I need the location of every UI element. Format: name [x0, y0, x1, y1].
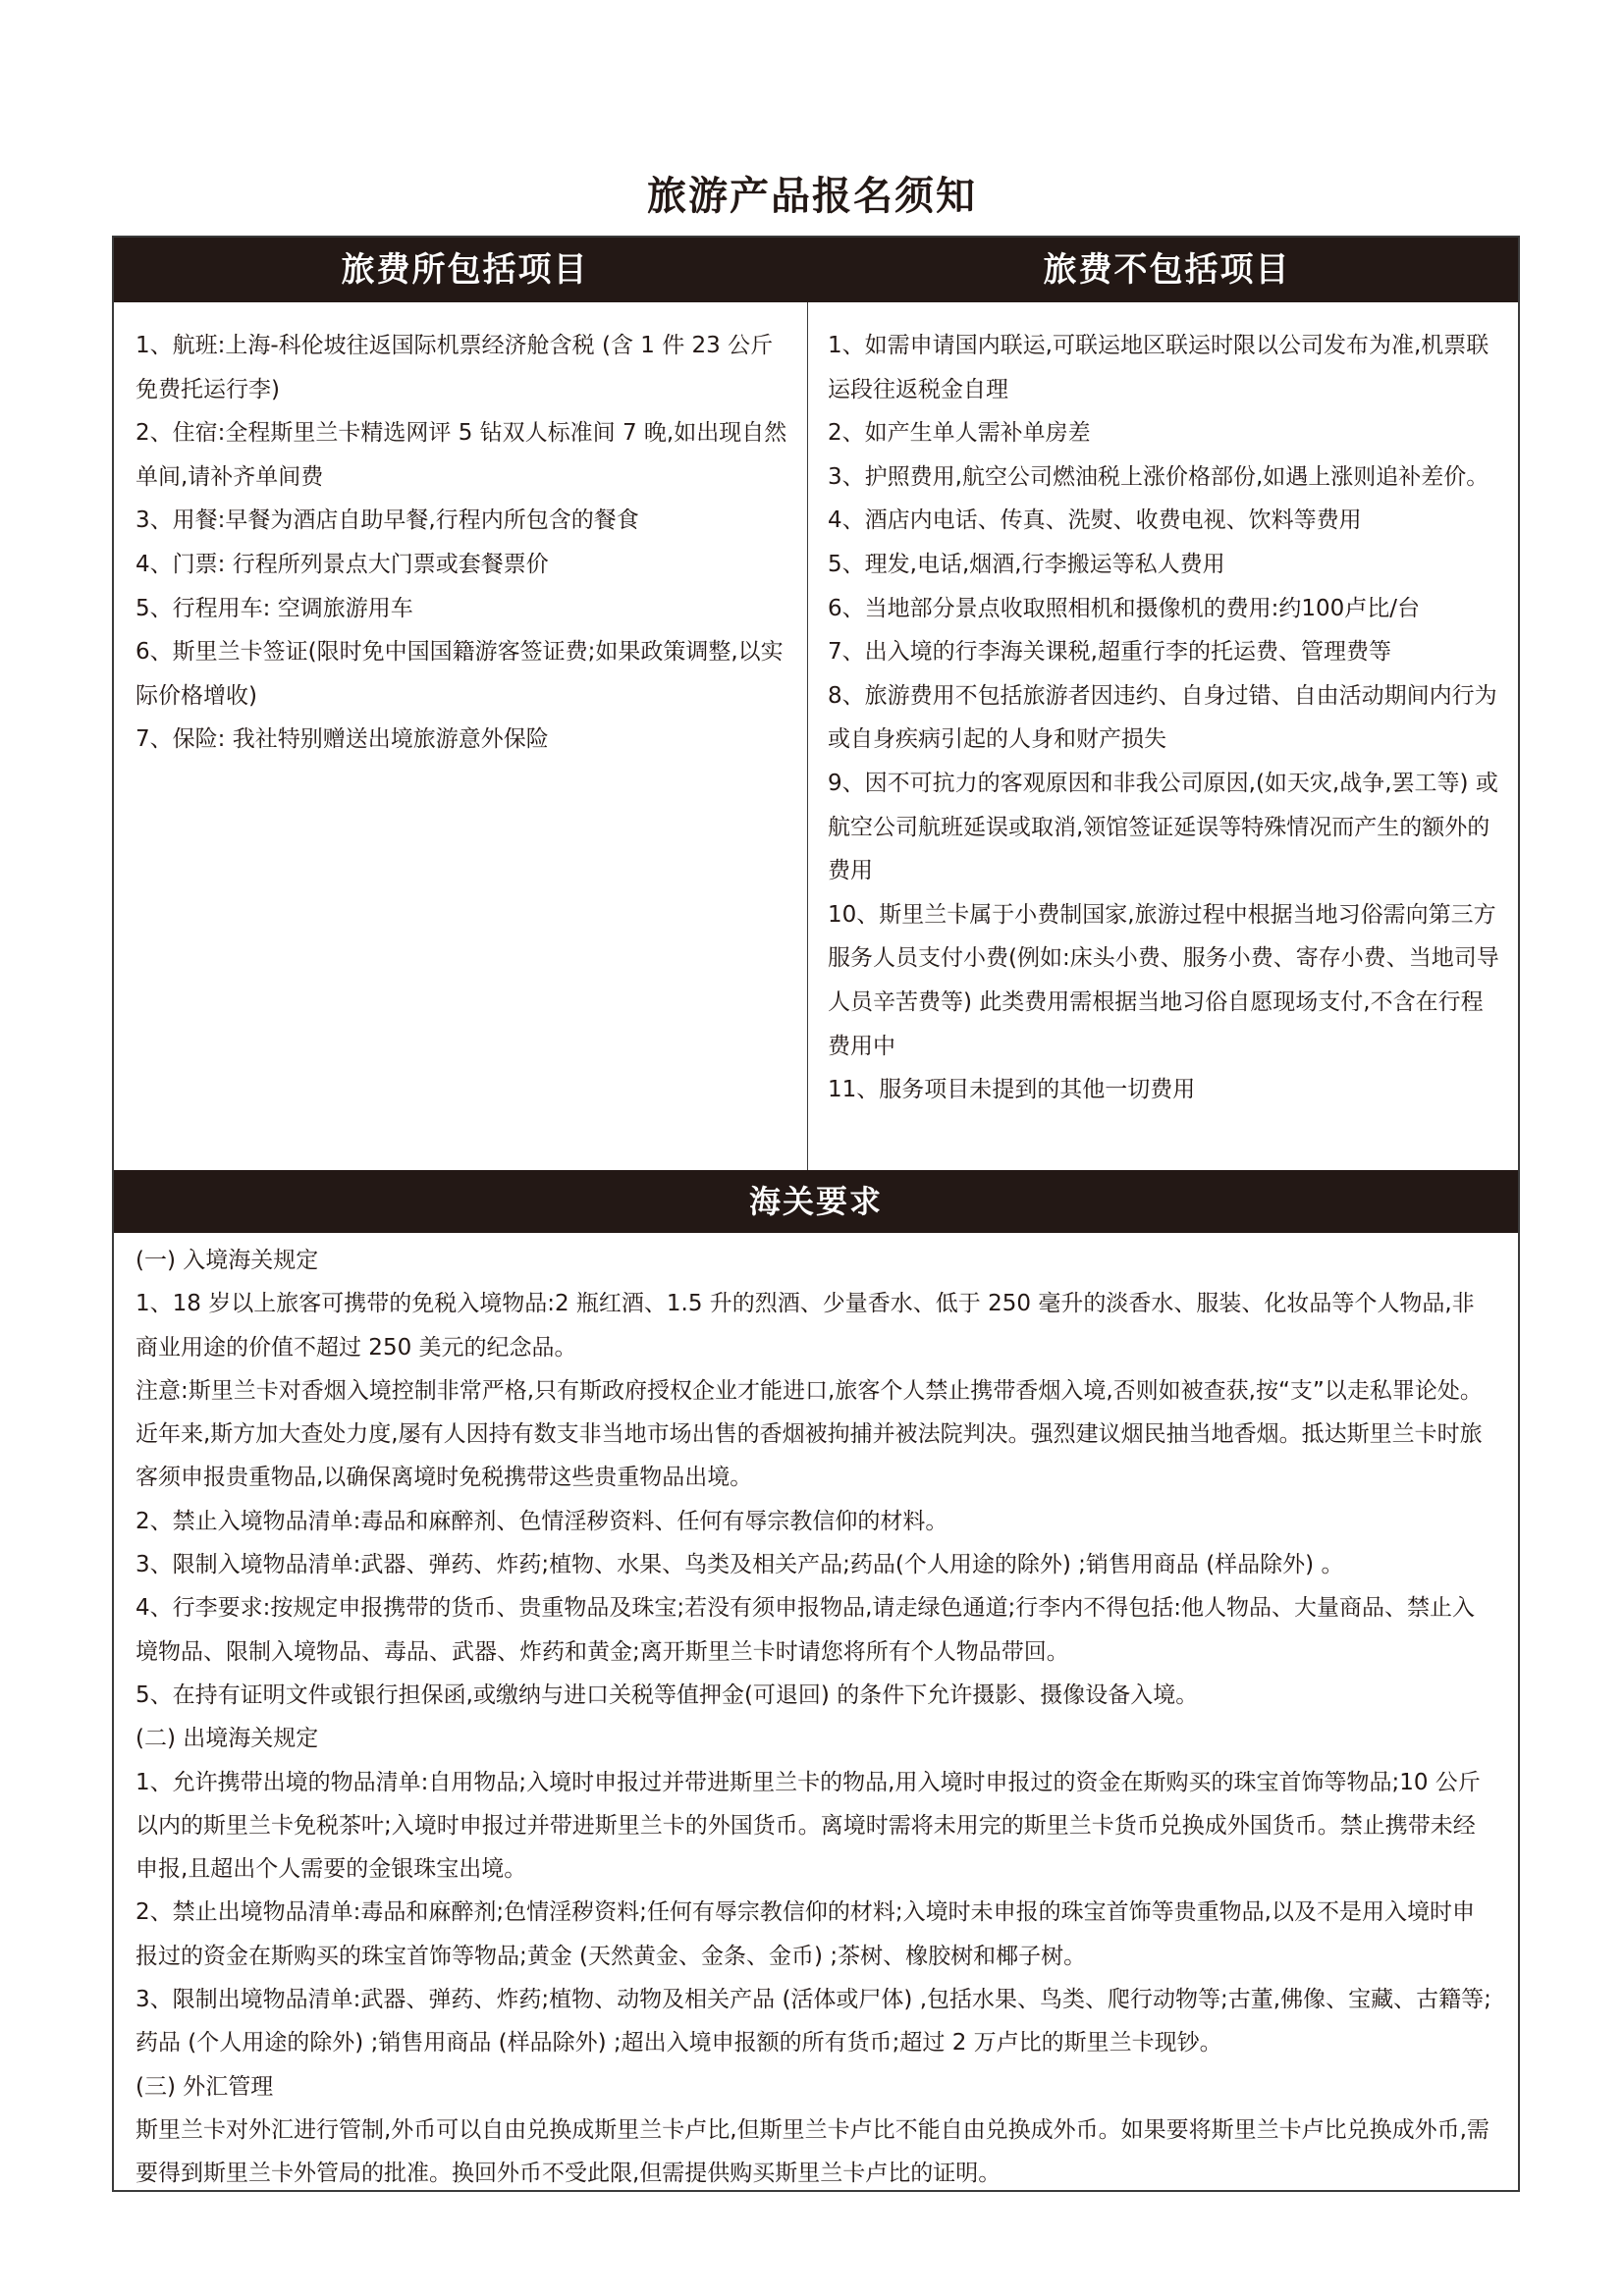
excluded-item: 2、如产生单人需补单房差 — [828, 411, 1500, 455]
customs-header: 海关要求 — [114, 1170, 1518, 1233]
included-item: 3、用餐:早餐为酒店自助早餐,行程内所包含的餐食 — [135, 499, 789, 543]
notice-table: 旅费所包括项目 旅费不包括项目 1、航班:上海-科伦坡往返国际机票经济舱含税 (… — [112, 236, 1520, 2192]
customs-paragraph: 2、禁止出境物品清单:毒品和麻醉剂;色情淫秽资料;任何有辱宗教信仰的材料;入境时… — [135, 1891, 1496, 1978]
excluded-item: 8、旅游费用不包括旅游者因违约、自身过错、自由活动期间内行为或自身疾病引起的人身… — [828, 674, 1500, 762]
customs-section: (一) 入境海关规定 1、18 岁以上旅客可携带的免税入境物品:2 瓶红酒、1.… — [114, 1233, 1518, 2196]
excluded-item: 11、服务项目未提到的其他一切费用 — [828, 1068, 1500, 1112]
customs-subheading-exit: (二) 出境海关规定 — [135, 1717, 1496, 1760]
included-item: 4、门票: 行程所列景点大门票或套餐票价 — [135, 543, 789, 587]
excluded-item: 1、如需申请国内联运,可联运地区联运时限以公司发布为准,机票联运段往返税金自理 — [828, 324, 1500, 411]
excluded-item: 10、斯里兰卡属于小费制国家,旅游过程中根据当地习俗需向第三方服务人员支付小费(… — [828, 893, 1500, 1068]
customs-paragraph: 2、禁止入境物品清单:毒品和麻醉剂、色情淫秽资料、任何有辱宗教信仰的材料。 — [135, 1500, 1496, 1543]
included-header: 旅费所包括项目 — [114, 238, 816, 302]
customs-paragraph: 5、在持有证明文件或银行担保函,或缴纳与进口关税等值押金(可退回) 的条件下允许… — [135, 1674, 1496, 1717]
included-item: 7、保险: 我社特别赠送出境旅游意外保险 — [135, 718, 789, 762]
included-item: 2、住宿:全程斯里兰卡精选网评 5 钻双人标准间 7 晚,如出现自然单间,请补齐… — [135, 411, 789, 499]
included-item: 6、斯里兰卡签证(限时免中国国籍游客签证费;如果政策调整,以实际价格增收) — [135, 630, 789, 718]
excluded-item: 5、理发,电话,烟酒,行李搬运等私人费用 — [828, 543, 1500, 587]
customs-subheading-forex: (三) 外汇管理 — [135, 2065, 1496, 2109]
customs-notice: 注意:斯里兰卡对香烟入境控制非常严格,只有斯政府授权企业才能进口,旅客个人禁止携… — [135, 1369, 1496, 1500]
excluded-item: 4、酒店内电话、传真、洗熨、收费电视、饮料等费用 — [828, 499, 1500, 543]
customs-paragraph: 3、限制入境物品清单:武器、弹药、炸药;植物、水果、鸟类及相关产品;药品(个人用… — [135, 1543, 1496, 1586]
included-item: 5、行程用车: 空调旅游用车 — [135, 587, 789, 631]
excluded-header: 旅费不包括项目 — [816, 238, 1518, 302]
customs-subheading-entry: (一) 入境海关规定 — [135, 1239, 1496, 1282]
page-title: 旅游产品报名须知 — [0, 165, 1624, 228]
table-header-bar: 旅费所包括项目 旅费不包括项目 — [114, 238, 1518, 302]
customs-paragraph: 斯里兰卡对外汇进行管制,外币可以自由兑换成斯里兰卡卢比,但斯里兰卡卢比不能自由兑… — [135, 2109, 1496, 2196]
excluded-item: 6、当地部分景点收取照相机和摄像机的费用:约100卢比/台 — [828, 587, 1500, 631]
included-item: 1、航班:上海-科伦坡往返国际机票经济舱含税 (含 1 件 23 公斤免费托运行… — [135, 324, 789, 411]
excluded-item: 3、护照费用,航空公司燃油税上涨价格部份,如遇上涨则追补差价。 — [828, 455, 1500, 500]
customs-paragraph: 4、行李要求:按规定申报携带的货币、贵重物品及珠宝;若没有须申报物品,请走绿色通… — [135, 1586, 1496, 1674]
customs-paragraph: 3、限制出境物品清单:武器、弹药、炸药;植物、动物及相关产品 (活体或尸体) ,… — [135, 1978, 1496, 2065]
customs-paragraph: 1、18 岁以上旅客可携带的免税入境物品:2 瓶红酒、1.5 升的烈酒、少量香水… — [135, 1282, 1496, 1369]
customs-paragraph: 1、允许携带出境的物品清单:自用物品;入境时申报过并带进斯里兰卡的物品,用入境时… — [135, 1761, 1496, 1892]
included-list: 1、航班:上海-科伦坡往返国际机票经济舱含税 (含 1 件 23 公斤免费托运行… — [114, 302, 808, 1170]
excluded-item: 7、出入境的行李海关课税,超重行李的托运费、管理费等 — [828, 630, 1500, 674]
excluded-item: 9、因不可抗力的客观原因和非我公司原因,(如天灾,战争,罢工等) 或航空公司航班… — [828, 762, 1500, 893]
excluded-list: 1、如需申请国内联运,可联运地区联运时限以公司发布为准,机票联运段往返税金自理 … — [808, 302, 1518, 1170]
fee-columns: 1、航班:上海-科伦坡往返国际机票经济舱含税 (含 1 件 23 公斤免费托运行… — [114, 302, 1518, 1170]
